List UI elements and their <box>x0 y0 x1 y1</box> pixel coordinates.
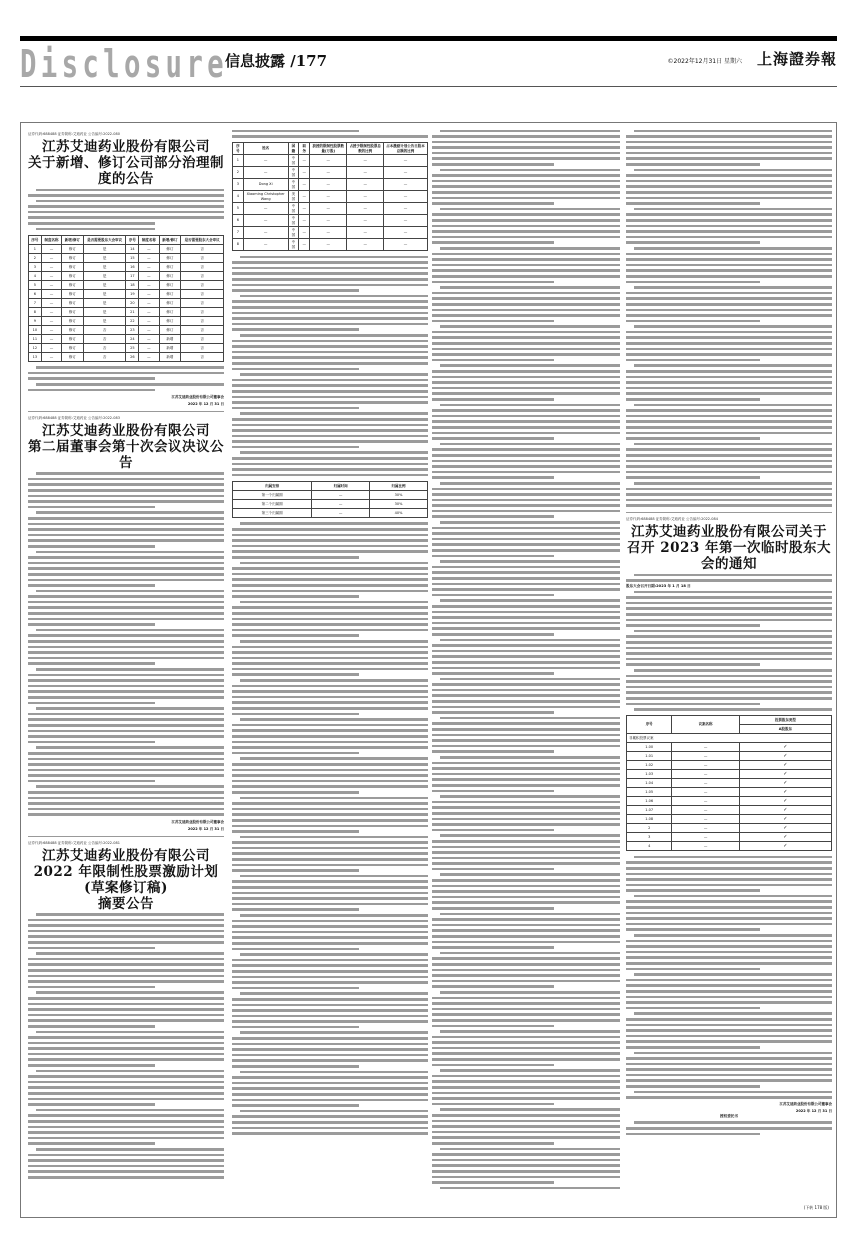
issue-date: ©2022年12月31日 星期六 <box>668 56 742 65</box>
votes-table: 序号议案名称投票股东类型 A股股东 非累积投票议案 1.00—✓1.01—✓1.… <box>626 715 832 851</box>
article-board-resolution: 证券代码:688488 证券简称:艾迪药业 公告编号:2022-083 江苏艾迪… <box>28 416 224 832</box>
article-subtitle: 第二届董事会第十次会议决议公告 <box>28 439 224 471</box>
table-row: 1.03—✓ <box>627 770 832 779</box>
masthead-word: Disclosure <box>20 44 228 84</box>
table-row: 7—中国———— <box>233 227 428 239</box>
table-row: 4—✓ <box>627 842 832 851</box>
newspaper-logo: 上海證券報 <box>757 48 837 69</box>
table-row: 13—修订否26—新增否 <box>29 352 224 361</box>
table-row: 1.08—✓ <box>627 815 832 824</box>
article-incentive-plan: 证券代码:688488 证券简称:艾迪药业 公告编号:2022-081 江苏艾迪… <box>28 841 224 1181</box>
table-row: 3—修订是16—修订否 <box>29 262 224 271</box>
article-subtitle-2: 摘要公告 <box>28 896 224 912</box>
vesting-table: 归属安排归属时间归属比例 第一个归属期—30%第二个归属期—30%第三个归属期—… <box>232 481 428 518</box>
table-row: 8—中国———— <box>233 239 428 251</box>
table-row: 1—修订是14—修订否 <box>29 244 224 253</box>
section-title: 信息披露 /177 <box>225 50 327 71</box>
stock-codes: 证券代码:688488 证券简称:艾迪药业 公告编号:2022-084 <box>626 517 832 522</box>
table-row: 1.07—✓ <box>627 806 832 815</box>
table-row: 3Dong Xi中国———— <box>233 179 428 191</box>
table-row: 5—中国———— <box>233 203 428 215</box>
column-4: 证券代码:688488 证券简称:艾迪药业 公告编号:2022-084 江苏艾迪… <box>626 128 832 1137</box>
signature: 江苏艾迪药业股份有限公司董事会 <box>626 1102 832 1107</box>
column-3 <box>432 128 620 1191</box>
rules-table: 序号制度名称新增/修订是否需要股东大会审议 序号制度名称新增/修订是否需要股东大… <box>28 235 224 362</box>
table-row: 2—修订是15—修订否 <box>29 253 224 262</box>
table-row: 3—✓ <box>627 833 832 842</box>
signature-date: 2022 年 12 月 31 日 <box>28 402 224 407</box>
stock-codes: 证券代码:688488 证券简称:艾迪药业 公告编号:2022-083 <box>28 416 224 421</box>
table-row: 1.00—✓ <box>627 743 832 752</box>
table-row: 7—修订是20—修订否 <box>29 298 224 307</box>
holders-table: 序号姓名国籍职务 获授的限制性股票数量(万股)占授予限制性股票总数的比例占本激励… <box>232 142 428 251</box>
signature: 江苏艾迪药业股份有限公司董事会 <box>28 820 224 825</box>
table-row: 9—修订是22—修订否 <box>29 316 224 325</box>
table-row: 10—修订否23—修订否 <box>29 325 224 334</box>
table-row: 2—中国———— <box>233 167 428 179</box>
table-row: 1—中国———— <box>233 155 428 167</box>
table-row: 第二个归属期—30% <box>233 499 428 508</box>
article-subtitle: 召开 2023 年第一次临时股东大会的通知 <box>626 540 832 572</box>
table-row: 1.06—✓ <box>627 797 832 806</box>
article-subtitle: 关于新增、修订公司部分治理制度的公告 <box>28 155 224 187</box>
table-row: 6—中国———— <box>233 215 428 227</box>
article-rules-announcement: 证券代码:688488 证券简称:艾迪药业 公告编号:2022-080 江苏艾迪… <box>28 132 224 407</box>
masthead: Disclosure 信息披露 /177 ©2022年12月31日 星期六 上海… <box>20 44 837 84</box>
continued-note: (下转 178 版) <box>804 1205 829 1211</box>
column-1: 证券代码:688488 证券简称:艾迪药业 公告编号:2022-080 江苏艾迪… <box>28 128 224 1180</box>
signature-date: 2022 年 12 月 31 日 <box>28 827 224 832</box>
table-row: 第一个归属期—30% <box>233 490 428 499</box>
article-title: 江苏艾迪药业股份有限公司 <box>28 423 224 439</box>
table-row: 1.02—✓ <box>627 761 832 770</box>
table-row: 2—✓ <box>627 824 832 833</box>
table-row: 1.04—✓ <box>627 779 832 788</box>
table-row: 4—修订是17—修订否 <box>29 271 224 280</box>
article-title: 江苏艾迪药业股份有限公司关于 <box>626 524 832 540</box>
top-rule <box>20 36 837 41</box>
table-row: 4Xiaoming Christopher Wang美国———— <box>233 191 428 203</box>
stock-codes: 证券代码:688488 证券简称:艾迪药业 公告编号:2022-080 <box>28 132 224 137</box>
table-row: 6—修订是19—修订否 <box>29 289 224 298</box>
stock-codes: 证券代码:688488 证券简称:艾迪药业 公告编号:2022-081 <box>28 841 224 846</box>
signature: 江苏艾迪药业股份有限公司董事会 <box>28 395 224 400</box>
article-title: 江苏艾迪药业股份有限公司 <box>28 139 224 155</box>
table-row: 第三个归属期—40% <box>233 508 428 517</box>
article-title: 江苏艾迪药业股份有限公司 <box>28 848 224 864</box>
table-row: 12—修订否25—新增否 <box>29 343 224 352</box>
article-shareholder-meeting: 证券代码:688488 证券简称:艾迪药业 公告编号:2022-084 江苏艾迪… <box>626 517 832 1136</box>
table-row: 8—修订是21—修订否 <box>29 307 224 316</box>
table-row: 1.05—✓ <box>627 788 832 797</box>
table-row: 1.01—✓ <box>627 752 832 761</box>
column-2: 序号姓名国籍职务 获授的限制性股票数量(万股)占授予限制性股票总数的比例占本激励… <box>232 128 428 1136</box>
masthead-rule <box>20 86 837 87</box>
table-row: 11—修订否24—新增否 <box>29 334 224 343</box>
table-row: 5—修订是18—修订否 <box>29 280 224 289</box>
article-subtitle: 2022 年限制性股票激励计划(草案修订稿) <box>28 864 224 896</box>
